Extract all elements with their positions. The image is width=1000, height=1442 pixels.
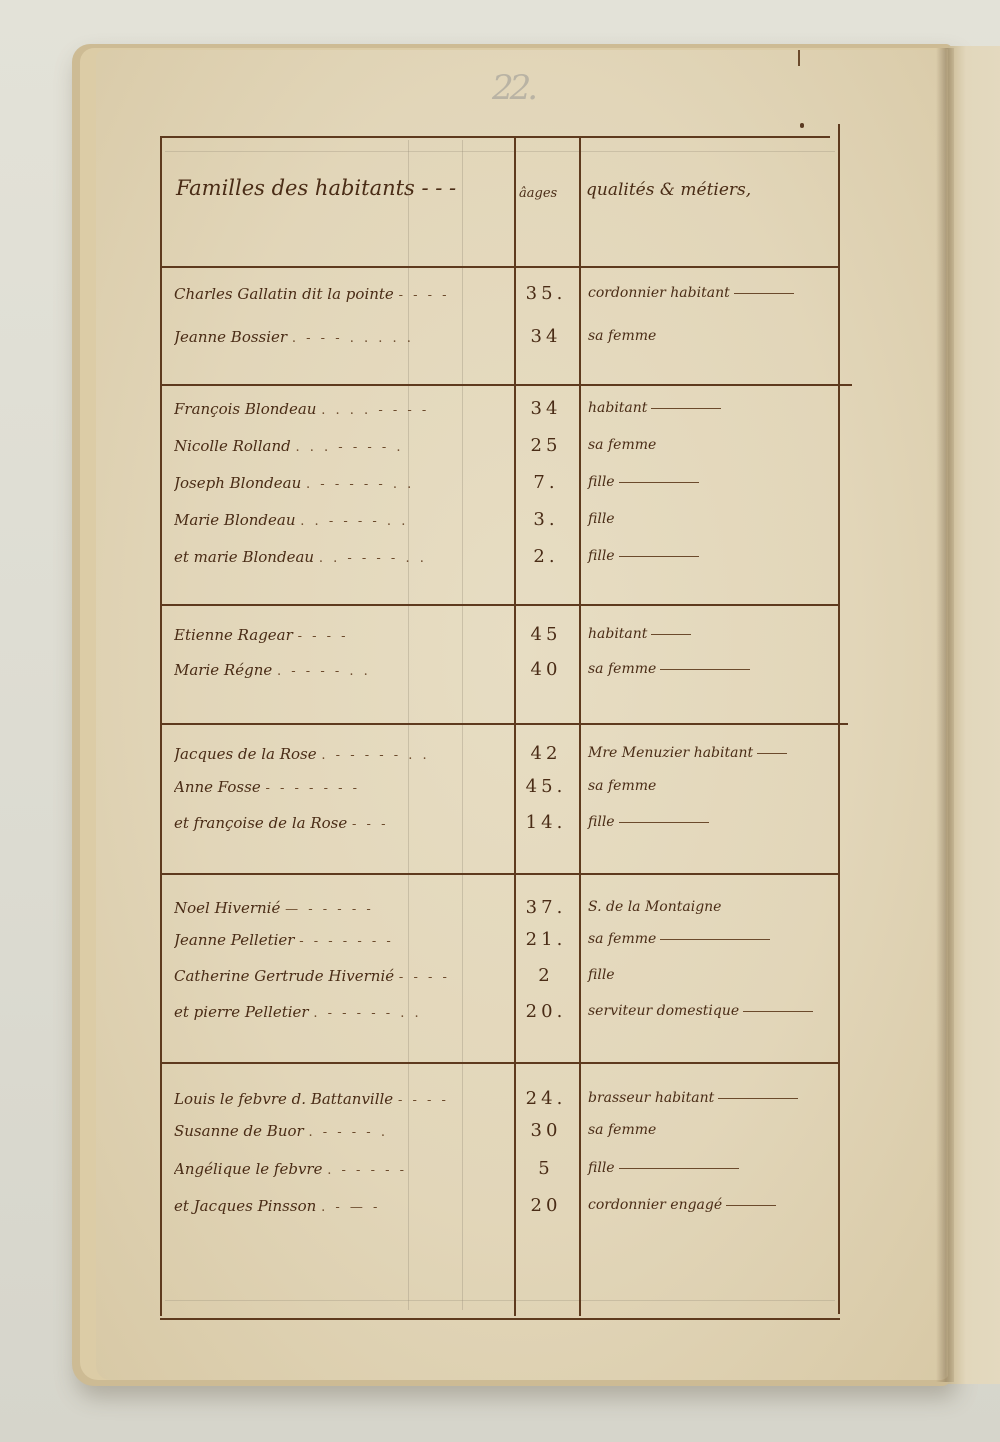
ink-flourish: [619, 556, 699, 557]
member-quality: habitant: [588, 626, 647, 642]
member-name: et pierre Pelletier: [174, 1003, 309, 1021]
member-age: 42: [520, 743, 572, 764]
member-name: Marie Blondeau: [174, 511, 296, 529]
member-age: 34: [520, 326, 572, 347]
member-age: 7.: [520, 472, 572, 493]
pencil-ruling: [165, 151, 835, 152]
member-name: Susanne de Buor: [174, 1122, 304, 1140]
table-row: Etienne Ragear - - - - 45 habitant: [0, 626, 1000, 664]
table-row: Marie Blondeau . . - - - - . . 3. fille: [0, 511, 1000, 549]
member-age: 45: [520, 624, 572, 645]
dot-leader: . - - - - - . .: [313, 1006, 421, 1021]
table-row: Jeanne Bossier . - - - . . . . . 34 sa f…: [0, 328, 1000, 366]
dot-leader: . . . . - - - -: [321, 403, 429, 418]
member-name: Jeanne Pelletier: [174, 931, 294, 949]
member-age: 34: [520, 398, 572, 419]
member-name: Louis le febvre d. Battanville: [174, 1090, 393, 1108]
member-quality: brasseur habitant: [588, 1090, 714, 1106]
table-row: Charles Gallatin dit la pointe - - - - 3…: [0, 285, 1000, 323]
member-name: et marie Blondeau: [174, 548, 314, 566]
member-age: 3.: [520, 509, 572, 530]
ink-flourish: [726, 1205, 776, 1206]
dot-leader: - - - - - - -: [299, 934, 394, 949]
member-quality: fille: [588, 548, 615, 564]
dot-leader: - - - -: [398, 1093, 449, 1108]
ink-flourish: [619, 1168, 739, 1169]
family-divider: [160, 384, 852, 386]
table-row: et Jacques Pinsson . - — - 20 cordonnier…: [0, 1197, 1000, 1235]
member-name: Etienne Ragear: [174, 626, 293, 644]
dot-leader: . . - - - - . .: [300, 514, 408, 529]
member-age: 20.: [520, 1001, 572, 1022]
dot-leader: - - - -: [298, 629, 349, 644]
member-quality: sa femme: [588, 437, 656, 453]
table-row: François Blondeau . . . . - - - - 34 hab…: [0, 400, 1000, 438]
pencil-ruling: [165, 1300, 835, 1301]
member-age: 25: [520, 435, 572, 456]
ink-flourish: [619, 822, 709, 823]
member-quality: sa femme: [588, 778, 656, 794]
dot-leader: — - - - - -: [285, 902, 374, 917]
member-quality: fille: [588, 967, 615, 983]
dot-leader: - - - -: [399, 288, 450, 303]
ink-flourish: [734, 293, 794, 294]
member-name: et françoise de la Rose: [174, 814, 347, 832]
table-row: Susanne de Buor . - - - - . 30 sa femme: [0, 1122, 1000, 1160]
header-qualities: qualités & métiers,: [586, 180, 751, 200]
member-quality: cordonnier engagé: [588, 1197, 722, 1213]
member-age: 5: [520, 1158, 572, 1179]
member-quality: sa femme: [588, 661, 656, 677]
table-row: Marie Régne . - - - - . . 40 sa femme: [0, 661, 1000, 699]
member-name: et Jacques Pinsson: [174, 1197, 316, 1215]
ink-flourish: [757, 753, 787, 754]
table-row: Jeanne Pelletier - - - - - - - 21. sa fe…: [0, 931, 1000, 969]
member-name: Angélique le febvre: [174, 1160, 322, 1178]
member-quality: fille: [588, 814, 615, 830]
ink-flourish: [651, 634, 691, 635]
member-name: Noel Hivernié: [174, 899, 280, 917]
member-age: 2: [520, 965, 572, 986]
member-age: 20: [520, 1195, 572, 1216]
table-row: et marie Blondeau . . - - - - . . 2. fil…: [0, 548, 1000, 586]
member-quality: fille: [588, 1160, 615, 1176]
header-families: Familles des habitants - - -: [176, 176, 456, 200]
family-divider: [160, 723, 848, 725]
ink-mark: [798, 50, 800, 66]
member-age: 45.: [520, 776, 572, 797]
member-quality: fille: [588, 511, 615, 527]
member-age: 40: [520, 659, 572, 680]
member-quality: habitant: [588, 400, 647, 416]
member-quality: serviteur domestique: [588, 1003, 739, 1019]
table-row: Joseph Blondeau . - - - - - . . 7. fille: [0, 474, 1000, 512]
dot-leader: . - - - - .: [308, 1125, 388, 1140]
member-age: 30: [520, 1120, 572, 1141]
member-quality: sa femme: [588, 1122, 656, 1138]
header-ages: âages: [519, 186, 557, 201]
table-row: et françoise de la Rose - - - 14. fille: [0, 814, 1000, 852]
ink-flourish: [718, 1098, 798, 1099]
member-quality: fille: [588, 474, 615, 490]
table-row: Angélique le febvre . - - - - - 5 fille: [0, 1160, 1000, 1198]
member-name: Jacques de la Rose: [174, 745, 317, 763]
member-age: 24.: [520, 1088, 572, 1109]
member-quality: sa femme: [588, 328, 656, 344]
dot-leader: - - -: [352, 817, 388, 832]
member-age: 35.: [520, 283, 572, 304]
member-age: 21.: [520, 929, 572, 950]
table-row: et pierre Pelletier . - - - - - . . 20. …: [0, 1003, 1000, 1041]
family-divider: [160, 604, 840, 606]
member-age: 14.: [520, 812, 572, 833]
ink-flourish: [651, 408, 721, 409]
table-row: Nicolle Rolland . . . - - - - . 25 sa fe…: [0, 437, 1000, 475]
dot-leader: - - - -: [399, 970, 450, 985]
member-quality: cordonnier habitant: [588, 285, 730, 301]
ink-flourish: [619, 482, 699, 483]
member-age: 2.: [520, 546, 572, 567]
member-name: François Blondeau: [174, 400, 316, 418]
member-name: Jeanne Bossier: [174, 328, 287, 346]
member-name: Joseph Blondeau: [174, 474, 301, 492]
family-divider: [160, 1062, 840, 1064]
member-quality: Mre Menuzier habitant: [588, 745, 753, 761]
table-row: Anne Fosse - - - - - - - 45. sa femme: [0, 778, 1000, 816]
dot-leader: . . . - - - - .: [296, 440, 404, 455]
table-border-top: [160, 136, 830, 138]
ink-flourish: [660, 939, 770, 940]
family-divider: [160, 873, 840, 875]
table-row: Catherine Gertrude Hivernié - - - - 2 fi…: [0, 967, 1000, 1005]
ink-flourish: [660, 669, 750, 670]
dot-leader: . - - - - - . .: [321, 748, 429, 763]
member-name: Marie Régne: [174, 661, 272, 679]
member-age: 37.: [520, 897, 572, 918]
member-name: Nicolle Rolland: [174, 437, 291, 455]
member-name: Charles Gallatin dit la pointe: [174, 285, 394, 303]
table-border-bottom: [160, 1318, 840, 1320]
dot-leader: . - - - - -: [327, 1163, 407, 1178]
member-name: Anne Fosse: [174, 778, 261, 796]
dot-leader: . . - - - - . .: [319, 551, 427, 566]
header-divider: [160, 266, 840, 268]
member-quality: S. de la Montaigne: [588, 899, 721, 915]
ink-dot: [800, 123, 804, 128]
member-quality: sa femme: [588, 931, 656, 947]
member-name: Catherine Gertrude Hivernié: [174, 967, 394, 985]
dot-leader: . - - - . . . . .: [292, 331, 414, 346]
dot-leader: . - - - - - . .: [306, 477, 414, 492]
dot-leader: . - — -: [321, 1200, 380, 1215]
dot-leader: . - - - - . .: [277, 664, 371, 679]
page-number: 22.: [492, 68, 534, 108]
ink-flourish: [743, 1011, 813, 1012]
dot-leader: - - - - - - -: [265, 781, 360, 796]
